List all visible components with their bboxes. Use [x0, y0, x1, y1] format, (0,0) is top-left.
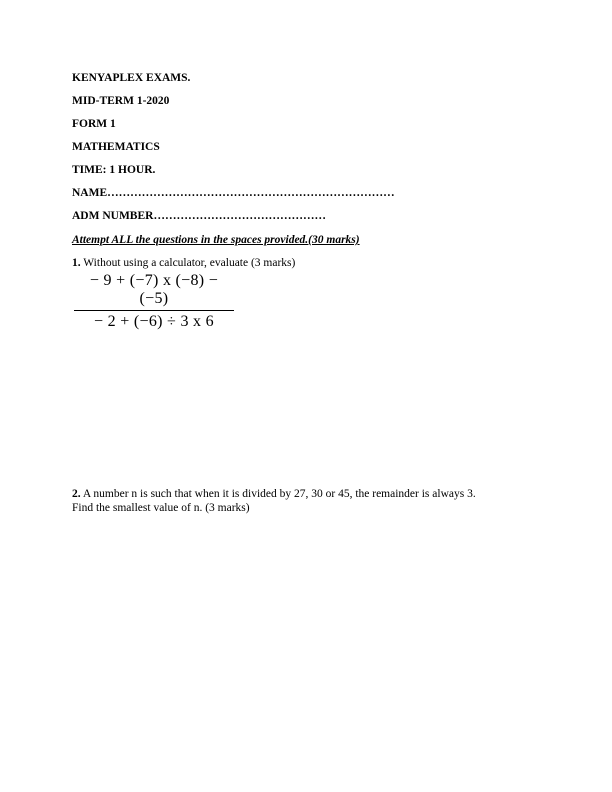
question-1-number: 1. [72, 257, 81, 269]
question-2-number: 2. [72, 488, 81, 500]
question-1-text: Without using a calculator, evaluate (3 … [81, 257, 296, 269]
school-name: KENYAPLEX EXAMS. [72, 72, 190, 84]
fraction-numerator: − 9 + (−7) x (−8) − (−5) [74, 272, 234, 311]
form-level: FORM 1 [72, 118, 116, 130]
question-2-text-line2: Find the smallest value of n. (3 marks) [72, 501, 476, 515]
fraction-denominator: − 2 + (−6) ÷ 3 x 6 [74, 311, 234, 331]
adm-number-field[interactable]: ADM NUMBER……………………………………… [72, 210, 326, 222]
exam-term: MID-TERM 1-2020 [72, 95, 169, 107]
question-1-fraction: − 9 + (−7) x (−8) − (−5) − 2 + (−6) ÷ 3 … [74, 272, 234, 331]
instructions: Attempt ALL the questions in the spaces … [72, 234, 360, 246]
exam-time: TIME: 1 HOUR. [72, 164, 155, 176]
question-1: 1. Without using a calculator, evaluate … [72, 256, 295, 270]
name-field[interactable]: NAME………………………………………………………………… [72, 187, 395, 199]
question-2: 2. A number n is such that when it is di… [72, 487, 476, 515]
subject: MATHEMATICS [72, 141, 160, 153]
question-2-text: A number n is such that when it is divid… [81, 488, 476, 500]
